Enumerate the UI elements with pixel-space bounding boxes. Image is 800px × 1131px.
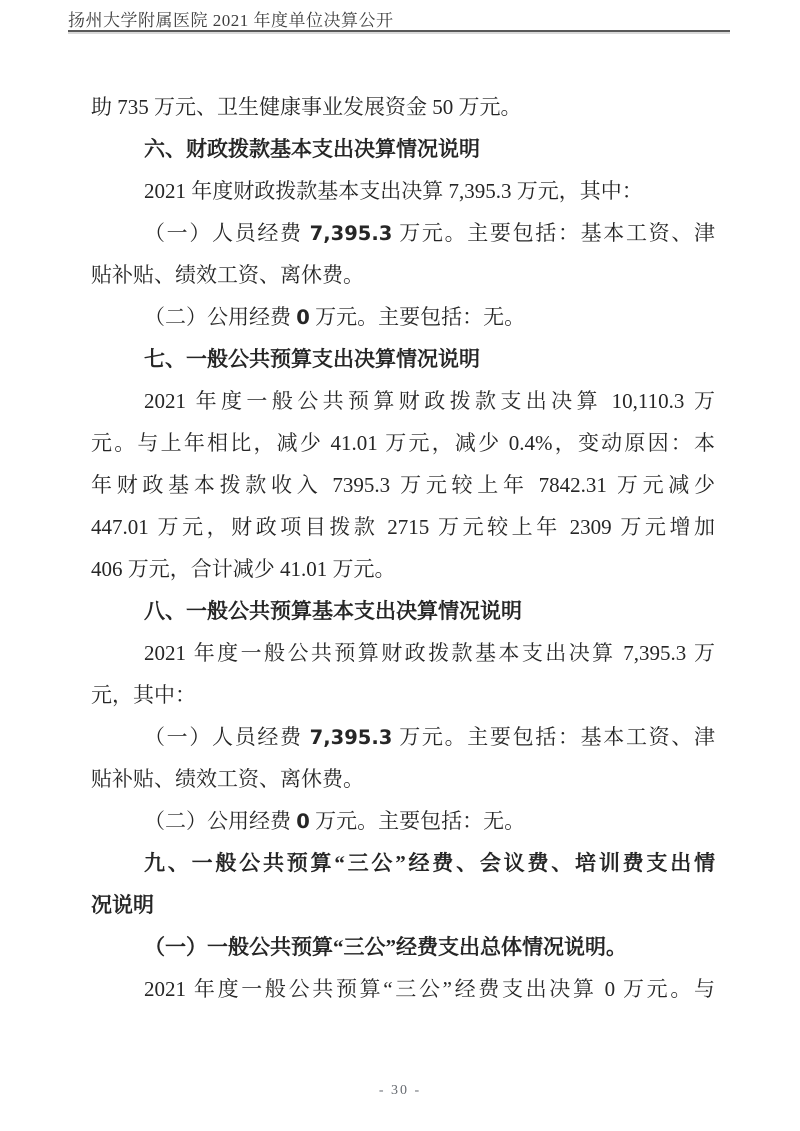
line-04-amount-bold: 7,395.3 (310, 222, 393, 245)
line-19-heading-section-nine: 九、一般公共预算“三公”经费、会议费、培训费支出情 (91, 842, 715, 884)
line-12-text: 406 万元，合计减少 41.01 万元。 (91, 548, 715, 590)
line-04-suffix: 万元。主要包括：基本工资、津 (392, 221, 715, 245)
header-rule-line (68, 30, 730, 32)
line-10-text: 年财政基本拨款收入 7395.3 万元较上年 7842.31 万元减少 (91, 464, 715, 506)
line-16-amount-bold: 7,395.3 (310, 726, 393, 749)
line-16-text: （一）人员经费 7,395.3 万元。主要包括：基本工资、津 (91, 716, 715, 758)
line-02-heading-section-six: 六、财政拨款基本支出决算情况说明 (91, 128, 715, 170)
line-14-text: 2021 年度一般公共预算财政拨款基本支出决算 7,395.3 万 (91, 632, 715, 674)
line-20-heading-section-nine-continuation: 况说明 (91, 884, 715, 926)
line-08-text: 2021 年度一般公共预算财政拨款支出决算 10,110.3 万 (91, 380, 715, 422)
line-03-text: 2021 年度财政拨款基本支出决算 7,395.3 万元，其中： (91, 170, 715, 212)
line-06-amount-bold: 0 (296, 306, 310, 329)
line-04-text: （一）人员经费 7,395.3 万元。主要包括：基本工资、津 (91, 212, 715, 254)
line-18-suffix: 万元。主要包括：无。 (310, 809, 525, 833)
page-number: - 30 - (0, 1083, 800, 1099)
line-18-text: （二）公用经费 0 万元。主要包括：无。 (91, 800, 715, 842)
line-09-text: 元。与上年相比，减少 41.01 万元，减少 0.4%，变动原因：本 (91, 422, 715, 464)
line-16-suffix: 万元。主要包括：基本工资、津 (392, 725, 715, 749)
line-04-prefix: （一）人员经费 (144, 221, 310, 245)
line-17-text: 贴补贴、绩效工资、离休费。 (91, 758, 715, 800)
line-18-prefix: （二）公用经费 (144, 809, 296, 833)
line-22-text: 2021 年度一般公共预算“三公”经费支出决算 0 万元。与 (91, 968, 715, 1010)
line-11-text: 447.01 万元，财政项目拨款 2715 万元较上年 2309 万元增加 (91, 506, 715, 548)
line-21-subheading: （一）一般公共预算“三公”经费支出总体情况说明。 (91, 926, 715, 968)
document-page: 扬州大学附属医院 2021 年度单位决算公开 助 735 万元、卫生健康事业发展… (0, 0, 800, 1131)
line-18-amount-bold: 0 (296, 810, 310, 833)
line-13-heading-section-eight: 八、一般公共预算基本支出决算情况说明 (91, 590, 715, 632)
document-body: 助 735 万元、卫生健康事业发展资金 50 万元。 六、财政拨款基本支出决算情… (91, 86, 715, 1010)
line-05-text: 贴补贴、绩效工资、离休费。 (91, 254, 715, 296)
header-title: 扬州大学附属医院 2021 年度单位决算公开 (68, 11, 730, 30)
line-01-paragraph-continuation: 助 735 万元、卫生健康事业发展资金 50 万元。 (91, 86, 715, 128)
line-06-prefix: （二）公用经费 (144, 305, 296, 329)
line-07-heading-section-seven: 七、一般公共预算支出决算情况说明 (91, 338, 715, 380)
line-06-text: （二）公用经费 0 万元。主要包括：无。 (91, 296, 715, 338)
line-06-suffix: 万元。主要包括：无。 (310, 305, 525, 329)
line-16-prefix: （一）人员经费 (144, 725, 310, 749)
page-header: 扬州大学附属医院 2021 年度单位决算公开 (68, 11, 730, 30)
line-15-text: 元，其中： (91, 674, 715, 716)
